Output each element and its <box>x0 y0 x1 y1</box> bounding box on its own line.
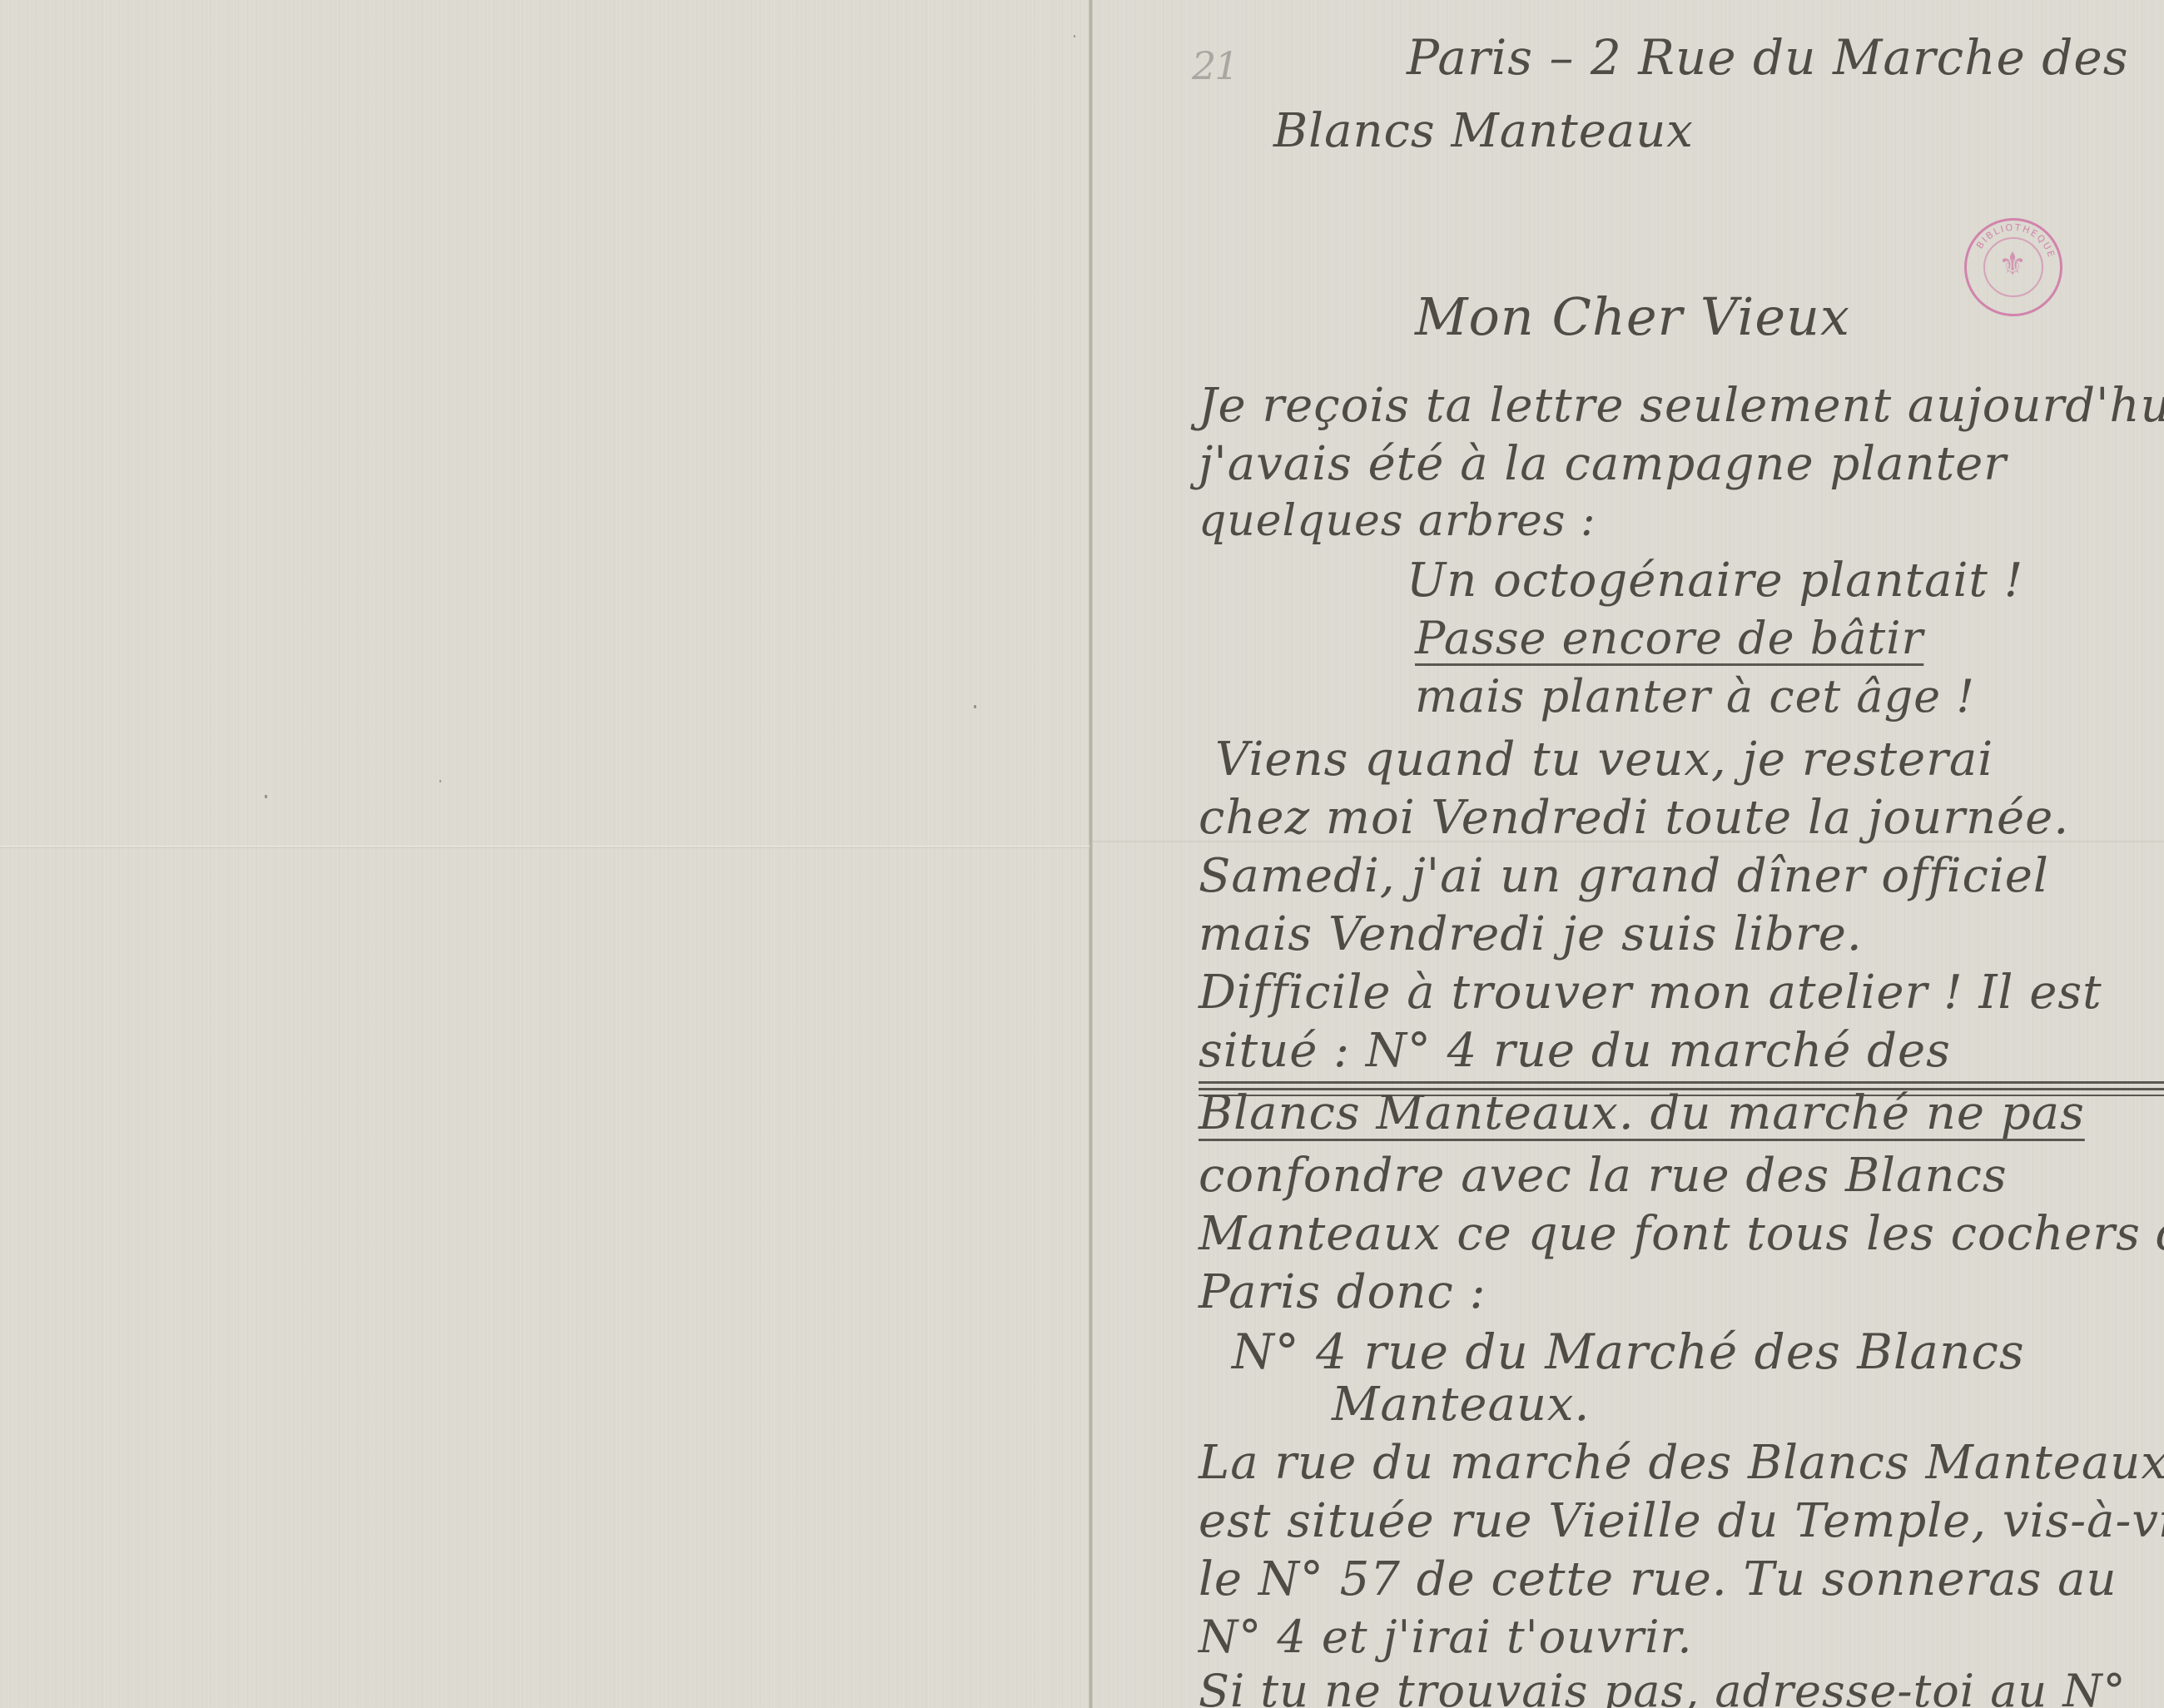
letter-line: Viens quand tu veux, je resterai <box>1215 737 1993 783</box>
horizontal-fold-crease <box>0 846 1090 848</box>
letter-line: Paris donc : <box>1199 1269 1486 1316</box>
letter-line: Samedi, j'ai un grand dîner officiel <box>1199 853 2049 900</box>
letter-address-line: Manteaux. <box>1332 1382 1590 1428</box>
fleur-emblem-icon: ⚜ <box>1998 246 2027 282</box>
library-stamp: BIBLIOTHEQUE ⚜ <box>1964 218 2062 316</box>
center-fold <box>1089 0 1093 1708</box>
letter-line: est située rue Vieille du Temple, vis-à-… <box>1199 1498 2164 1545</box>
letter-line: N° 4 et j'irai t'ouvrir. <box>1199 1615 1693 1660</box>
paper-speck <box>265 795 267 798</box>
letter-line: mais Vendredi je suis libre. <box>1199 911 1863 958</box>
letter-line: quelques arbres : <box>1199 499 1596 543</box>
letter-salutation: Mon Cher Vieux <box>1415 291 1850 343</box>
letter-address-line: situé : N° 4 rue du marché des <box>1199 1028 2164 1075</box>
left-page-blank <box>0 0 1090 1708</box>
letter-line: confondre avec la rue des Blancs <box>1199 1153 2008 1199</box>
letter-line: Manteaux ce que font tous les cochers de <box>1199 1211 2164 1258</box>
letter-quote-line: Un octogénaire plantait ! <box>1407 558 2023 604</box>
letter-line: chez moi Vendredi toute la journée. <box>1199 795 2069 842</box>
letter-line: La rue du marché des Blancs Manteaux <box>1199 1440 2164 1487</box>
folio-number: 21 <box>1192 43 1238 88</box>
letter-address-line2: Blancs Manteaux <box>1273 108 1694 155</box>
letter-line: Difficile à trouver mon atelier ! Il est <box>1199 970 2102 1016</box>
paper-speck <box>974 705 976 708</box>
letter-quote-line: Passe encore de bâtir <box>1415 616 1923 661</box>
paper-speck <box>1074 35 1075 37</box>
letter-line: le N° 57 de cette rue. Tu sonneras au <box>1199 1557 2117 1603</box>
letter-line: Si tu ne trouvais pas, adresse-toi au N° <box>1199 1669 2127 1708</box>
letter-quote-line: mais planter à cet âge ! <box>1415 674 1975 719</box>
paper-speck <box>439 780 441 782</box>
letter-line: Je reçois ta lettre seulement aujourd'hu… <box>1199 383 2164 429</box>
letter-address-line: N° 4 rue du Marché des Blancs <box>1232 1328 2025 1376</box>
letter-line: j'avais été à la campagne planter <box>1199 441 2007 488</box>
letter-spread: 21 BIBLIOTHEQUE ⚜ Paris – 2 Rue du March… <box>0 0 2164 1708</box>
letter-line: Blancs Manteaux. du marché ne pas <box>1199 1090 2085 1137</box>
letter-address-line1: Paris – 2 Rue du Marche des <box>1407 33 2128 82</box>
